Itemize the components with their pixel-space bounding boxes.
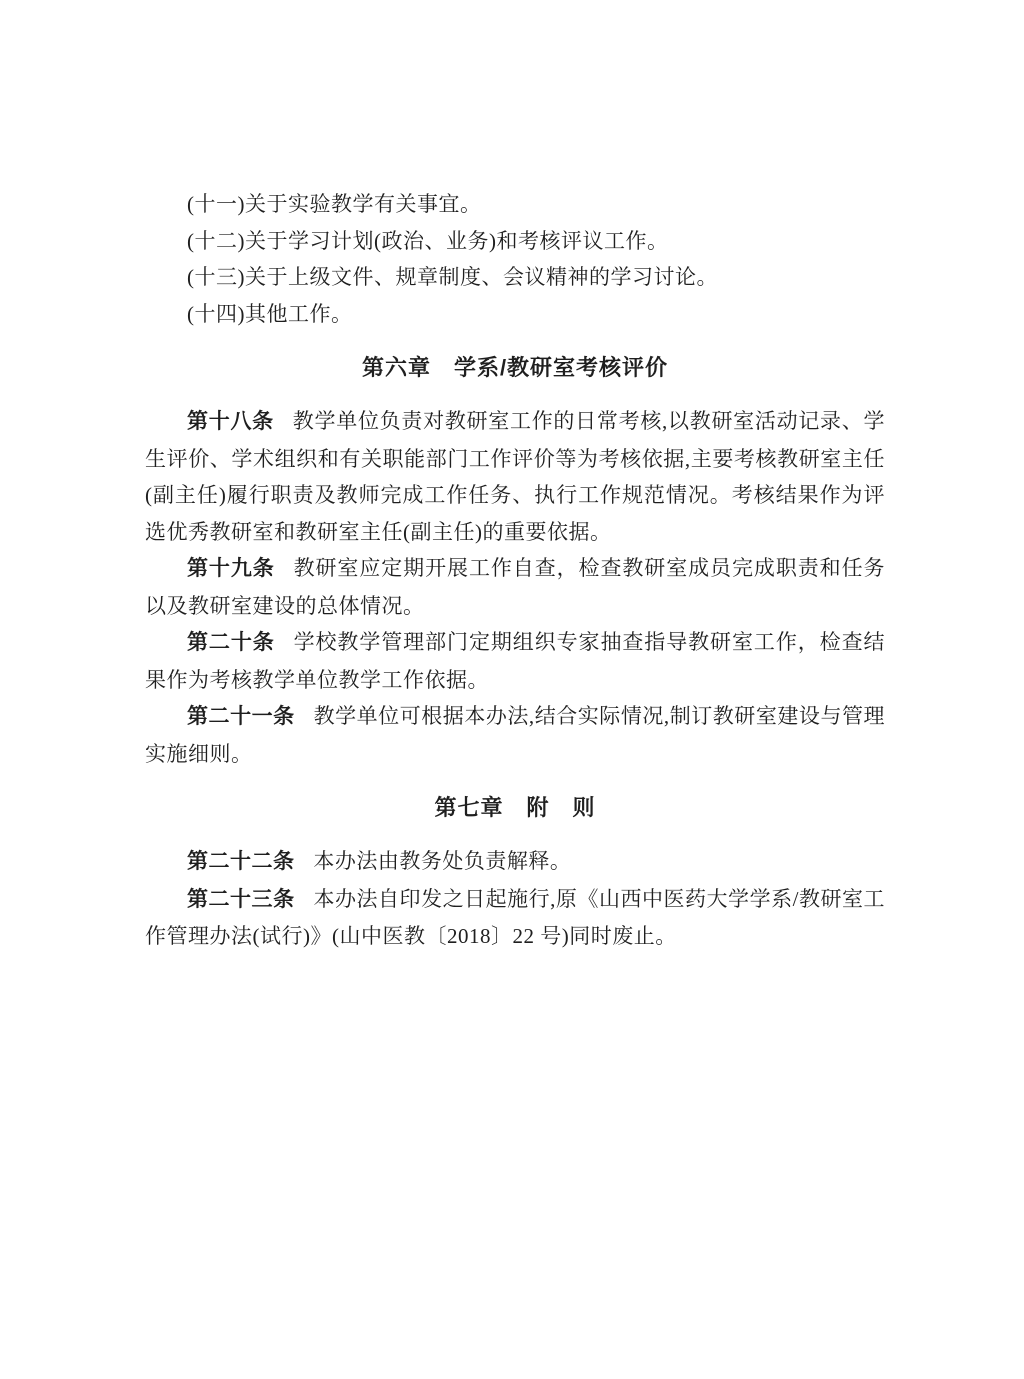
list-item-14: (十四)其他工作。 <box>145 296 885 333</box>
article-19-label: 第十九条 <box>187 557 275 580</box>
chapter-6-heading: 第六章 学系/教研室考核评价 <box>145 353 885 383</box>
article-21: 第二十一条教学单位可根据本办法,结合实际情况,制订教研室建设与管理实施细则。 <box>145 698 885 772</box>
article-21-label: 第二十一条 <box>187 705 295 728</box>
article-20-label: 第二十条 <box>187 631 275 654</box>
article-18-label: 第十八条 <box>187 410 274 433</box>
article-22-label: 第二十二条 <box>187 850 295 873</box>
article-20: 第二十条学校教学管理部门定期组织专家抽查指导教研室工作，检查结果作为考核教学单位… <box>145 624 885 698</box>
article-23-label: 第二十三条 <box>187 888 295 911</box>
list-item-11: (十一)关于实验教学有关事宜。 <box>145 186 885 223</box>
article-23: 第二十三条本办法自印发之日起施行,原《山西中医药大学学系/教研室工作管理办法(试… <box>145 881 885 955</box>
chapter-7-heading: 第七章 附 则 <box>145 793 885 823</box>
list-item-13: (十三)关于上级文件、规章制度、会议精神的学习讨论。 <box>145 259 885 296</box>
document-content: (十一)关于实验教学有关事宜。 (十二)关于学习计划(政治、业务)和考核评议工作… <box>145 186 885 955</box>
article-22: 第二十二条本办法由教务处负责解释。 <box>145 843 885 881</box>
article-18: 第十八条教学单位负责对教研室工作的日常考核,以教研室活动记录、学生评价、学术组织… <box>145 403 885 550</box>
list-item-12: (十二)关于学习计划(政治、业务)和考核评议工作。 <box>145 223 885 260</box>
article-19: 第十九条教研室应定期开展工作自查，检查教研室成员完成职责和任务以及教研室建设的总… <box>145 550 885 624</box>
document-page: (十一)关于实验教学有关事宜。 (十二)关于学习计划(政治、业务)和考核评议工作… <box>0 0 1024 1379</box>
article-22-text: 本办法由教务处负责解释。 <box>313 849 571 873</box>
